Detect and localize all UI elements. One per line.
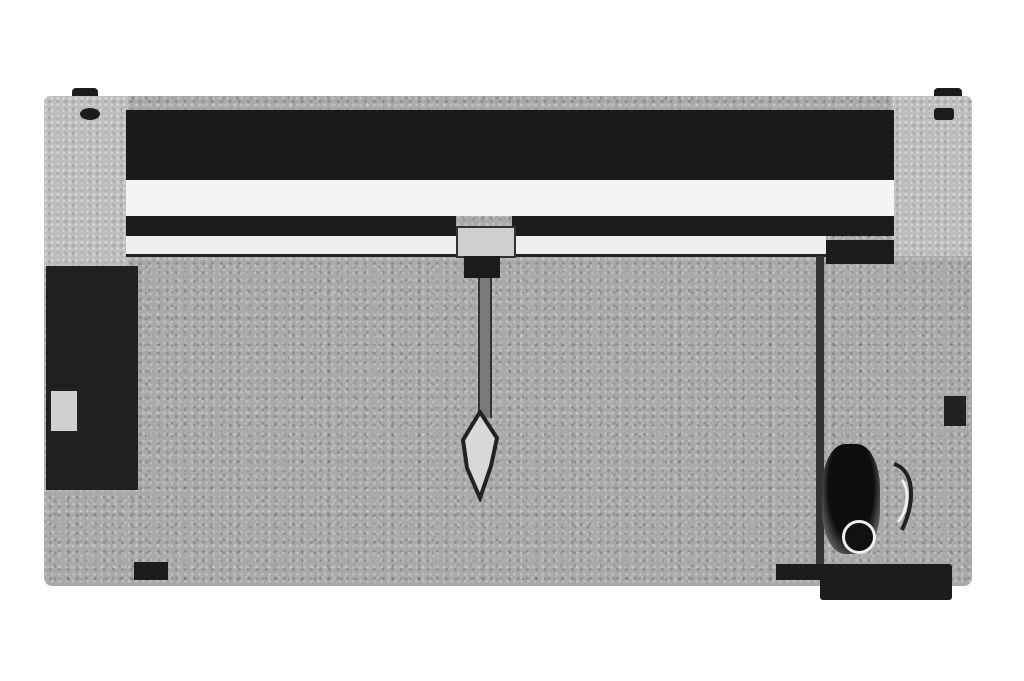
left-side-block <box>46 266 138 490</box>
right-upright <box>892 96 972 256</box>
pointer-needle <box>478 278 492 418</box>
mount-tab-right <box>934 88 962 96</box>
carriage-clamp <box>464 256 500 278</box>
spring-icon <box>884 460 920 540</box>
left-upright <box>44 96 128 266</box>
mounting-hole-left <box>80 108 100 120</box>
vertical-lever <box>816 256 824 576</box>
left-clip <box>48 388 80 434</box>
guide-rail-left <box>126 216 456 236</box>
pointer-tip-icon <box>455 410 505 502</box>
print-carriage <box>456 226 516 258</box>
paper-gap <box>126 180 894 216</box>
rail-end-right <box>826 240 894 264</box>
mounting-hole-right <box>934 108 954 120</box>
right-clip <box>944 396 966 426</box>
ink-ribbon <box>126 110 894 180</box>
foot-left <box>134 562 168 580</box>
mount-tab-left <box>72 88 98 96</box>
bottom-bar <box>820 564 952 600</box>
guide-rail-right <box>512 216 894 236</box>
foot-mid <box>776 564 822 580</box>
knob-ring <box>842 520 876 554</box>
